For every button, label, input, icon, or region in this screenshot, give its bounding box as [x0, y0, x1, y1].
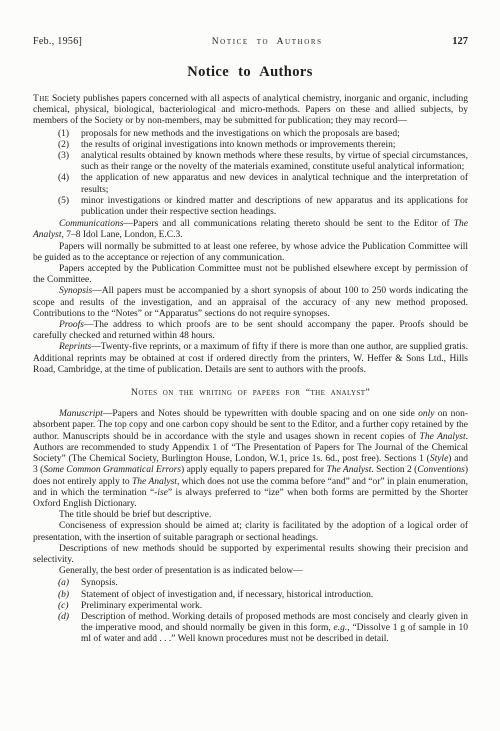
list-item: (3)analytical results obtained by known … — [33, 151, 468, 173]
list-item-text: Preliminary experimental work. — [81, 601, 202, 611]
text-run: Preliminary experimental work. — [81, 601, 202, 611]
text-run: Synopsis. — [81, 578, 118, 588]
list-item-text: proposals for new methods and the invest… — [81, 129, 400, 139]
italic-text: The Analyst — [132, 477, 177, 487]
text-run: minor investigations or kindred matter a… — [81, 196, 468, 217]
text-run: —Papers and Notes should be typewritten … — [103, 409, 418, 419]
list-item-text: Statement of object of investigation and… — [81, 590, 373, 600]
italic-text: only — [418, 409, 434, 419]
paragraph: Papers accepted by the Publication Commi… — [33, 264, 468, 286]
italic-text: Reprints — [59, 342, 91, 352]
text-run: , 7–8 Idol Lane, London, E.C.3. — [62, 230, 183, 240]
list-marker: (a) — [58, 578, 69, 589]
list-item-text: Synopsis. — [81, 578, 118, 588]
list-item: (c)Preliminary experimental work. — [33, 601, 468, 612]
italic-text: Some Common Grammatical Errors — [43, 465, 181, 475]
list-item-text: analytical results obtained by known met… — [81, 151, 468, 172]
lettered-list: (a)Synopsis.(b)Statement of object of in… — [33, 578, 468, 645]
text-run: —The address to which proofs are to be s… — [33, 320, 468, 341]
italic-text: -ise — [154, 488, 168, 498]
list-marker: (3) — [58, 151, 69, 162]
list-item-text: the application of new apparatus and new… — [81, 173, 468, 194]
paragraph: The title should be brief but descriptiv… — [33, 510, 468, 521]
document-body: The Society publishes papers concerned w… — [33, 94, 468, 646]
text-run: Notes on the writing of papers for “the … — [131, 387, 370, 398]
text-run: the results of original investigations i… — [81, 140, 396, 150]
italic-text: Conventions — [417, 465, 465, 475]
list-marker: (5) — [58, 196, 69, 207]
italic-text: Communications — [59, 219, 123, 229]
page-title: Notice to Authors — [0, 64, 500, 81]
list-item-text: Description of method. Working details o… — [81, 612, 468, 644]
text-run: analytical results obtained by known met… — [81, 151, 468, 172]
text-run: The title should be brief but descriptiv… — [59, 510, 211, 520]
list-item: (4)the application of new apparatus and … — [33, 173, 468, 195]
page-header: Feb., 1956] Notice to Authors 127 — [33, 36, 468, 47]
text-run: the application of new apparatus and new… — [81, 173, 468, 194]
text-run: Generally, the best order of presentatio… — [59, 566, 303, 576]
paragraph: Proofs—The address to which proofs are t… — [33, 320, 468, 342]
section-heading: Notes on the writing of papers for “the … — [33, 387, 468, 398]
paragraph: Generally, the best order of presentatio… — [33, 566, 468, 577]
text-run: Papers will normally be submitted to at … — [33, 242, 468, 263]
list-marker: (1) — [58, 129, 69, 140]
paragraph: The Society publishes papers concerned w… — [33, 94, 468, 128]
text-run: Society publishes papers concerned with … — [33, 94, 468, 126]
text-run: Conciseness of expression should be aime… — [33, 521, 468, 542]
italic-text: The Analyst — [420, 432, 466, 442]
list-item-text: minor investigations or kindred matter a… — [81, 196, 468, 217]
text-run: . Section 2 ( — [371, 465, 417, 475]
italic-text: Proofs — [59, 320, 84, 330]
text-run: —All papers must be accompanied by a sho… — [33, 286, 468, 318]
list-item: (d)Description of method. Working detail… — [33, 612, 468, 646]
list-marker: (2) — [58, 140, 69, 151]
text-run: The — [33, 94, 49, 104]
list-item: (2)the results of original investigation… — [33, 140, 468, 151]
text-run: Descriptions of new methods should be su… — [33, 544, 468, 565]
paragraph: Papers will normally be submitted to at … — [33, 242, 468, 264]
list-item: (b)Statement of object of investigation … — [33, 590, 468, 601]
text-run: Papers accepted by the Publication Commi… — [33, 264, 468, 285]
list-marker: (b) — [58, 590, 69, 601]
list-item: (5)minor investigations or kindred matte… — [33, 196, 468, 218]
italic-text: Manuscript — [59, 409, 103, 419]
text-run: —Twenty-five reprints, or a maximum of f… — [33, 342, 468, 374]
list-item: (a)Synopsis. — [33, 578, 468, 589]
paragraph: Conciseness of expression should be aime… — [33, 521, 468, 543]
running-title: Notice to Authors — [82, 37, 452, 47]
list-item: (1)proposals for new methods and the inv… — [33, 129, 468, 140]
list-marker: (c) — [58, 601, 69, 612]
list-marker: (4) — [58, 173, 69, 184]
journal-page: Feb., 1956] Notice to Authors 127 Notice… — [0, 0, 500, 731]
italic-text: Synopsis — [59, 286, 92, 296]
italic-text: e.g. — [334, 623, 348, 633]
italic-text: The Analyst — [326, 465, 371, 475]
paragraph: Synopsis—All papers must be accompanied … — [33, 286, 468, 320]
text-run: Statement of object of investigation and… — [81, 590, 373, 600]
paragraph: Communications—Papers and all communicat… — [33, 219, 468, 241]
paragraph: Reprints—Twenty-five reprints, or a maxi… — [33, 342, 468, 376]
header-date: Feb., 1956] — [33, 36, 82, 47]
paragraph: Descriptions of new methods should be su… — [33, 544, 468, 566]
paragraph: Manuscript—Papers and Notes should be ty… — [33, 409, 468, 510]
page-number: 127 — [452, 36, 468, 47]
italic-text: Style — [430, 454, 448, 464]
text-run: ) apply equally to papers prepared for — [181, 465, 326, 475]
text-run: —Papers and all communications relating … — [123, 219, 453, 229]
list-item-text: the results of original investigations i… — [81, 140, 396, 150]
numbered-list: (1)proposals for new methods and the inv… — [33, 129, 468, 219]
text-run: proposals for new methods and the invest… — [81, 129, 400, 139]
list-marker: (d) — [58, 612, 69, 623]
